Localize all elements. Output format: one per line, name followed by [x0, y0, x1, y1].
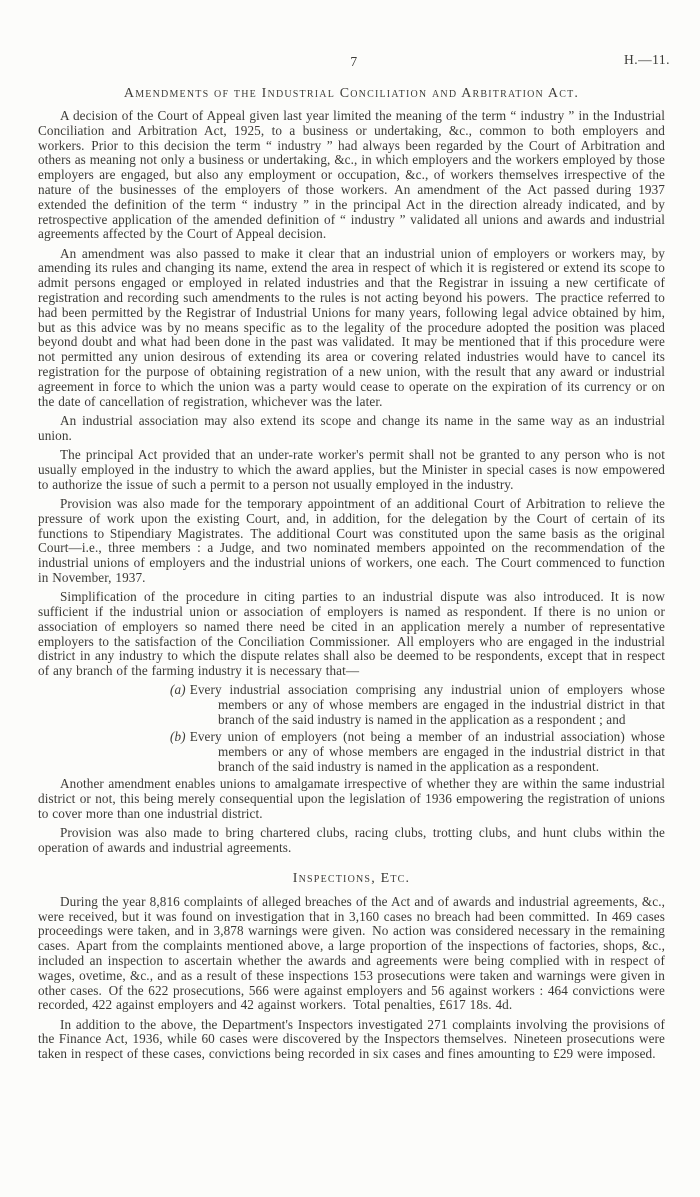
page-number: 7 [38, 54, 670, 70]
list-item-text: Every union of employers (not being a me… [190, 729, 665, 774]
list-item-text: Every industrial association comprising … [190, 682, 665, 727]
document-page: 7 H.—11. Amendments of the Industrial Co… [0, 0, 700, 1197]
paragraph: The principal Act provided that an under… [38, 448, 665, 492]
paragraph: Provision was also made to bring charter… [38, 826, 665, 856]
section-heading-amendments: Amendments of the Industrial Conciliatio… [38, 86, 665, 102]
doc-reference: H.—11. [624, 52, 670, 68]
paragraph: Another amendment enables unions to amal… [38, 777, 665, 821]
page-header: 7 H.—11. [38, 54, 670, 74]
list-marker: (a) [170, 682, 190, 697]
list-item-b: (b)Every union of employers (not being a… [38, 730, 665, 774]
paragraph: An industrial association may also exten… [38, 414, 665, 444]
paragraph: Simplification of the procedure in citin… [38, 590, 665, 679]
paragraph: In addition to the above, the Department… [38, 1018, 665, 1062]
paragraph: Provision was also made for the temporar… [38, 497, 665, 586]
list-marker: (b) [170, 729, 190, 744]
paragraph: An amendment was also passed to make it … [38, 247, 665, 410]
list-item-a: (a)Every industrial association comprisi… [38, 683, 665, 727]
page-content: Amendments of the Industrial Conciliatio… [38, 86, 665, 1067]
paragraph: During the year 8,816 complaints of alle… [38, 895, 665, 1013]
section-heading-inspections: Inspections, Etc. [38, 871, 665, 887]
paragraph: A decision of the Court of Appeal given … [38, 109, 665, 242]
